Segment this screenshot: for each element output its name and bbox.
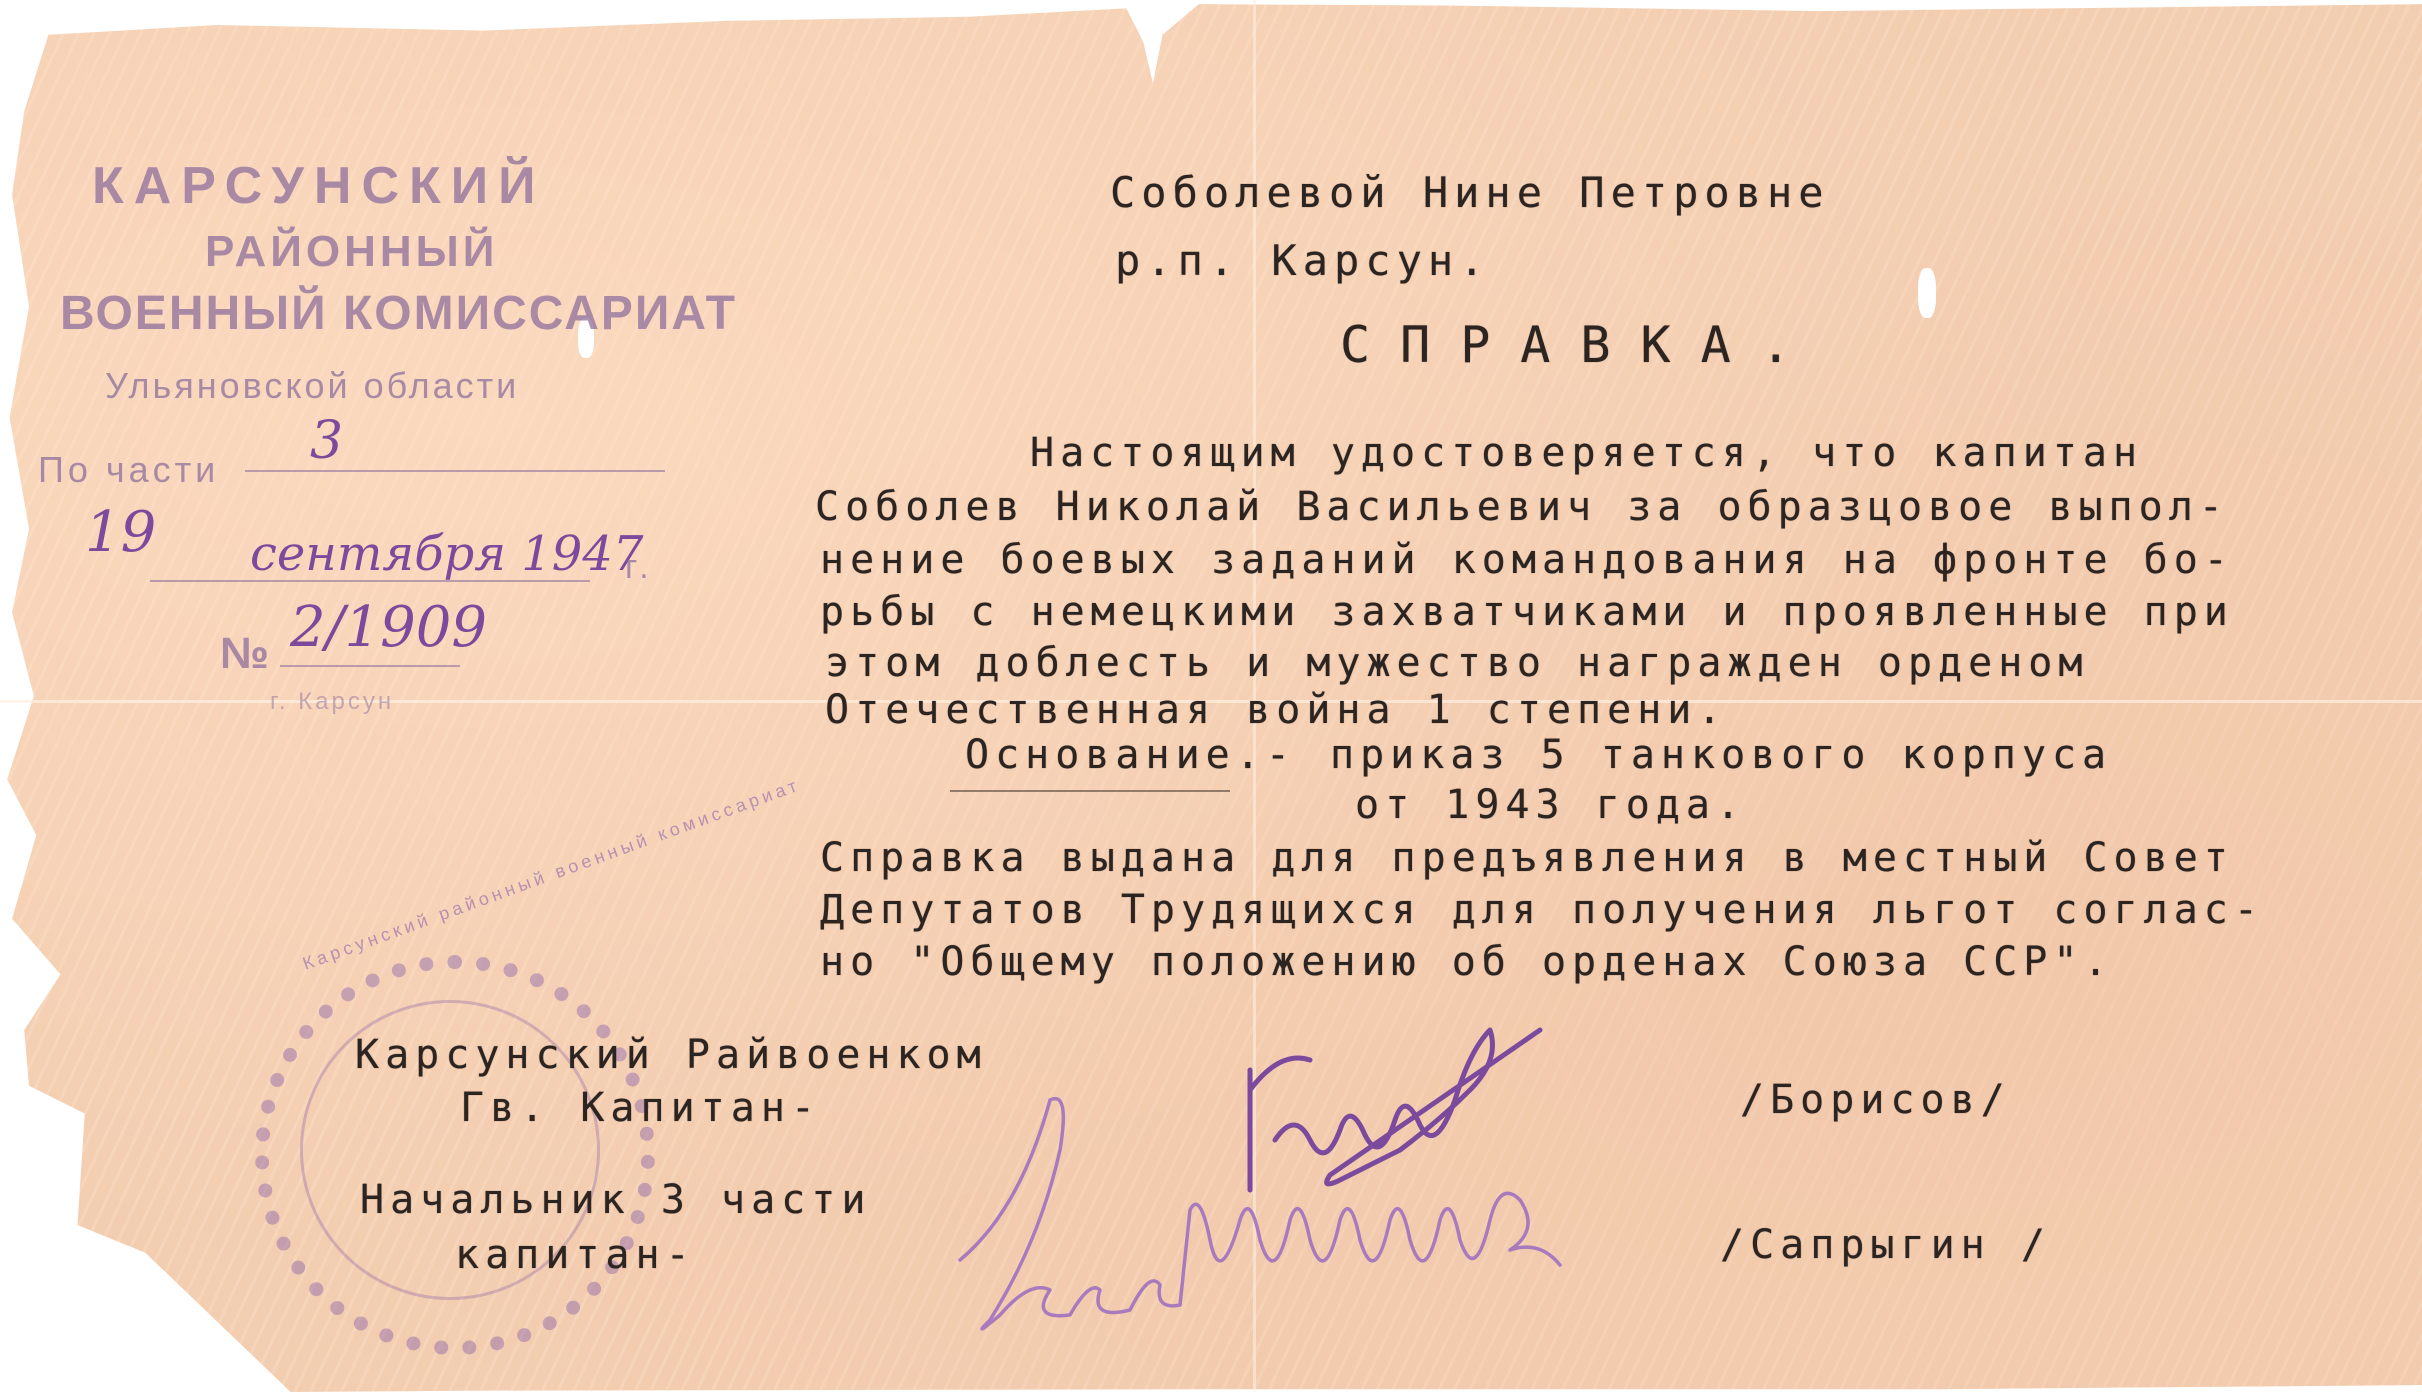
- body-line: нение боевых заданий командования на фро…: [820, 540, 2234, 580]
- document-title: СПРАВКА.: [1340, 320, 1821, 370]
- corner-stamp-line2: РАЙОННЫЙ: [205, 230, 498, 274]
- signatory2-rank: капитан-: [455, 1235, 696, 1275]
- number-rule: [280, 665, 460, 667]
- corner-stamp-line1: КАРСУНСКИЙ: [92, 160, 546, 212]
- signatory1-title: Карсунский Райвоенком: [355, 1035, 987, 1075]
- basis-underline: [950, 790, 1230, 792]
- date-month-year: сентября 1947: [250, 530, 643, 578]
- date-suffix: г.: [625, 550, 655, 584]
- stamp-place: г. Карсун: [270, 690, 394, 714]
- purpose-line: но "Общему положению об орденах Союза СС…: [820, 942, 2114, 982]
- number-value: 2/1909: [290, 600, 487, 656]
- part-value: 3: [310, 415, 343, 467]
- corner-stamp-line3: ВОЕННЫЙ КОМИССАРИАТ: [60, 290, 737, 338]
- addressee-place: р.п. Карсун.: [1115, 240, 1490, 282]
- signature-saprygin: [940, 1090, 1800, 1340]
- addressee-name: Соболевой Нине Петровне: [1110, 172, 1830, 214]
- body-line: Отечественная война 1 степени.: [825, 690, 1727, 730]
- body-line: рьбы с немецкими захватчиками и проявлен…: [820, 592, 2234, 632]
- purpose-line: Справка выдана для предъявления в местны…: [820, 838, 2234, 878]
- body-line: этом доблесть и мужество награжден орден…: [825, 643, 2088, 683]
- basis-label: Основание.-: [965, 735, 1296, 775]
- part-label: По части: [38, 452, 219, 488]
- signatory2-title: Начальник 3 части: [360, 1180, 871, 1220]
- basis-text: приказ 5 танкового корпуса: [1330, 735, 2112, 775]
- basis-date: от 1943 года.: [1355, 785, 1746, 825]
- part-rule: [245, 470, 665, 472]
- body-line: Соболев Николай Васильевич за образцовое…: [815, 487, 2229, 527]
- paper-hole: [1918, 268, 1936, 318]
- corner-stamp-line4: Ульяновской области: [105, 368, 519, 404]
- number-label: №: [220, 632, 275, 676]
- date-day: 19: [85, 505, 156, 561]
- signatory1-rank: Гв. Капитан-: [460, 1088, 821, 1128]
- body-line: Настоящим удостоверяется, что капитан: [1030, 433, 2143, 473]
- purpose-line: Депутатов Трудящихся для получения льгот…: [820, 890, 2264, 930]
